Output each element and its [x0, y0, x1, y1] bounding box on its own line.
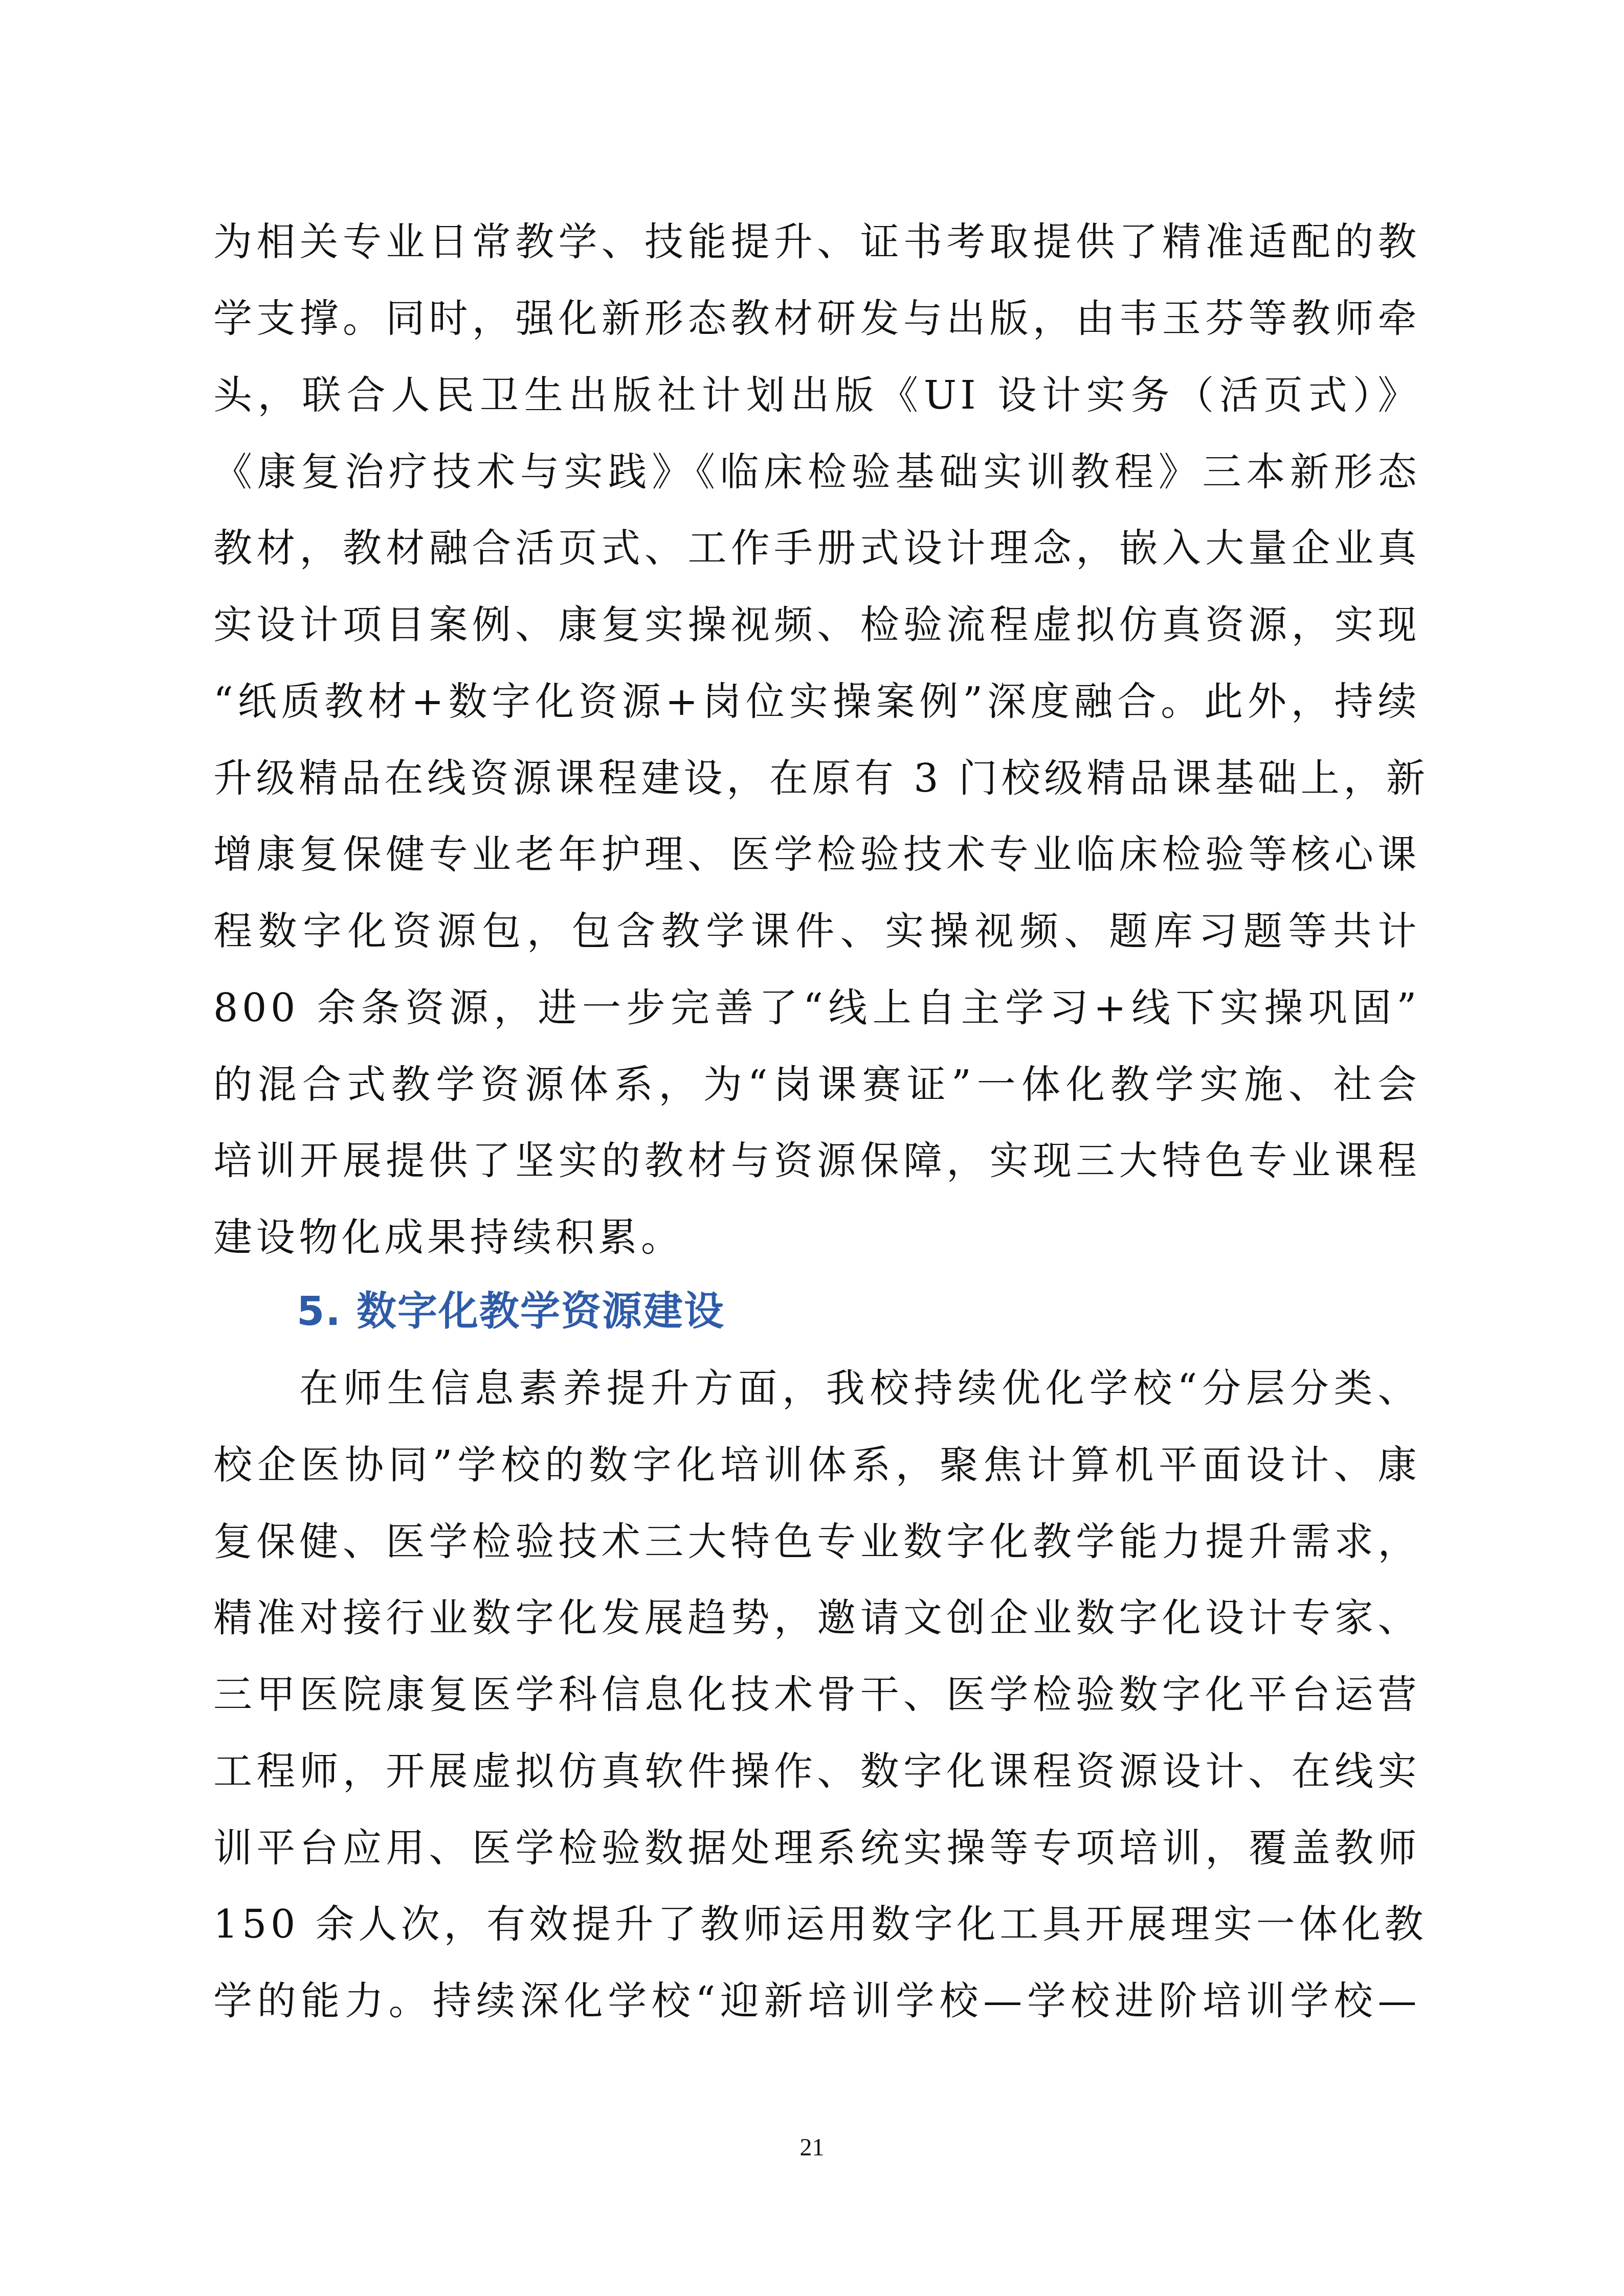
paragraph-line: 增康复保健专业老年护理、医学检验技术专业临床检验等核心课: [213, 816, 1420, 893]
paragraph-line: 学支撑。同时，强化新形态教材研发与出版，由韦玉芬等教师牵: [213, 280, 1420, 357]
paragraph-line: 培训开展提供了坚实的教材与资源保障，实现三大特色专业课程: [213, 1122, 1420, 1199]
paragraph-line: 学的能力。持续深化学校“迎新培训学校—学校进阶培训学校—: [213, 1963, 1420, 2039]
paragraph-line: 在师生信息素养提升方面，我校持续优化学校“分层分类、: [299, 1350, 1420, 1427]
paragraph-line: 教材，教材融合活页式、工作手册式设计理念，嵌入大量企业真: [213, 510, 1420, 587]
paragraph-line: 为相关专业日常教学、技能提升、证书考取提供了精准适配的教: [213, 204, 1420, 280]
paragraph-line: 升级精品在线资源课程建设，在原有 3 门校级精品课基础上，新: [213, 740, 1420, 817]
paragraph-line: 《康复治疗技术与实践》《临床检验基础实训教程》三本新形态: [213, 434, 1420, 510]
paragraph-line: 头，联合人民卫生出版社计划出版《UI 设计实务（活页式）》: [213, 357, 1420, 434]
paragraph-line: 实设计项目案例、康复实操视频、检验流程虚拟仿真资源，实现: [213, 587, 1420, 663]
paragraph-line: 复保健、医学检验技术三大特色专业数字化教学能力提升需求，: [213, 1503, 1420, 1580]
paragraph-line: 的混合式教学资源体系，为“岗课赛证”一体化教学实施、社会: [213, 1046, 1420, 1123]
paragraph-line: 三甲医院康复医学科信息化技术骨干、医学检验数字化平台运营: [213, 1656, 1420, 1733]
paragraph-line: 建设物化成果持续积累。: [213, 1199, 1420, 1276]
paragraph-line: 精准对接行业数字化发展趋势，邀请文创企业数字化设计专家、: [213, 1580, 1420, 1656]
page-number: 21: [0, 2133, 1624, 2162]
paragraph-line: 800 余条资源，进一步完善了“线上自主学习+线下实操巩固”: [213, 970, 1420, 1046]
paragraph-line: 训平台应用、医学检验数据处理系统实操等专项培训，覆盖教师: [213, 1810, 1420, 1886]
paragraph-line: 程数字化资源包，包含教学课件、实操视频、题库习题等共计: [213, 893, 1420, 970]
section-heading: 5. 数字化教学资源建设: [297, 1273, 725, 1350]
paragraph-line: “纸质教材+数字化资源+岗位实操案例”深度融合。此外，持续: [213, 663, 1420, 740]
paragraph-line: 150 余人次，有效提升了教师运用数字化工具开展理实一体化教: [213, 1886, 1420, 1963]
paragraph-line: 校企医协同”学校的数字化培训体系，聚焦计算机平面设计、康: [213, 1427, 1420, 1503]
document-page: 为相关专业日常教学、技能提升、证书考取提供了精准适配的教 学支撑。同时，强化新形…: [0, 0, 1624, 2296]
paragraph-line: 工程师，开展虚拟仿真软件操作、数字化课程资源设计、在线实: [213, 1733, 1420, 1810]
